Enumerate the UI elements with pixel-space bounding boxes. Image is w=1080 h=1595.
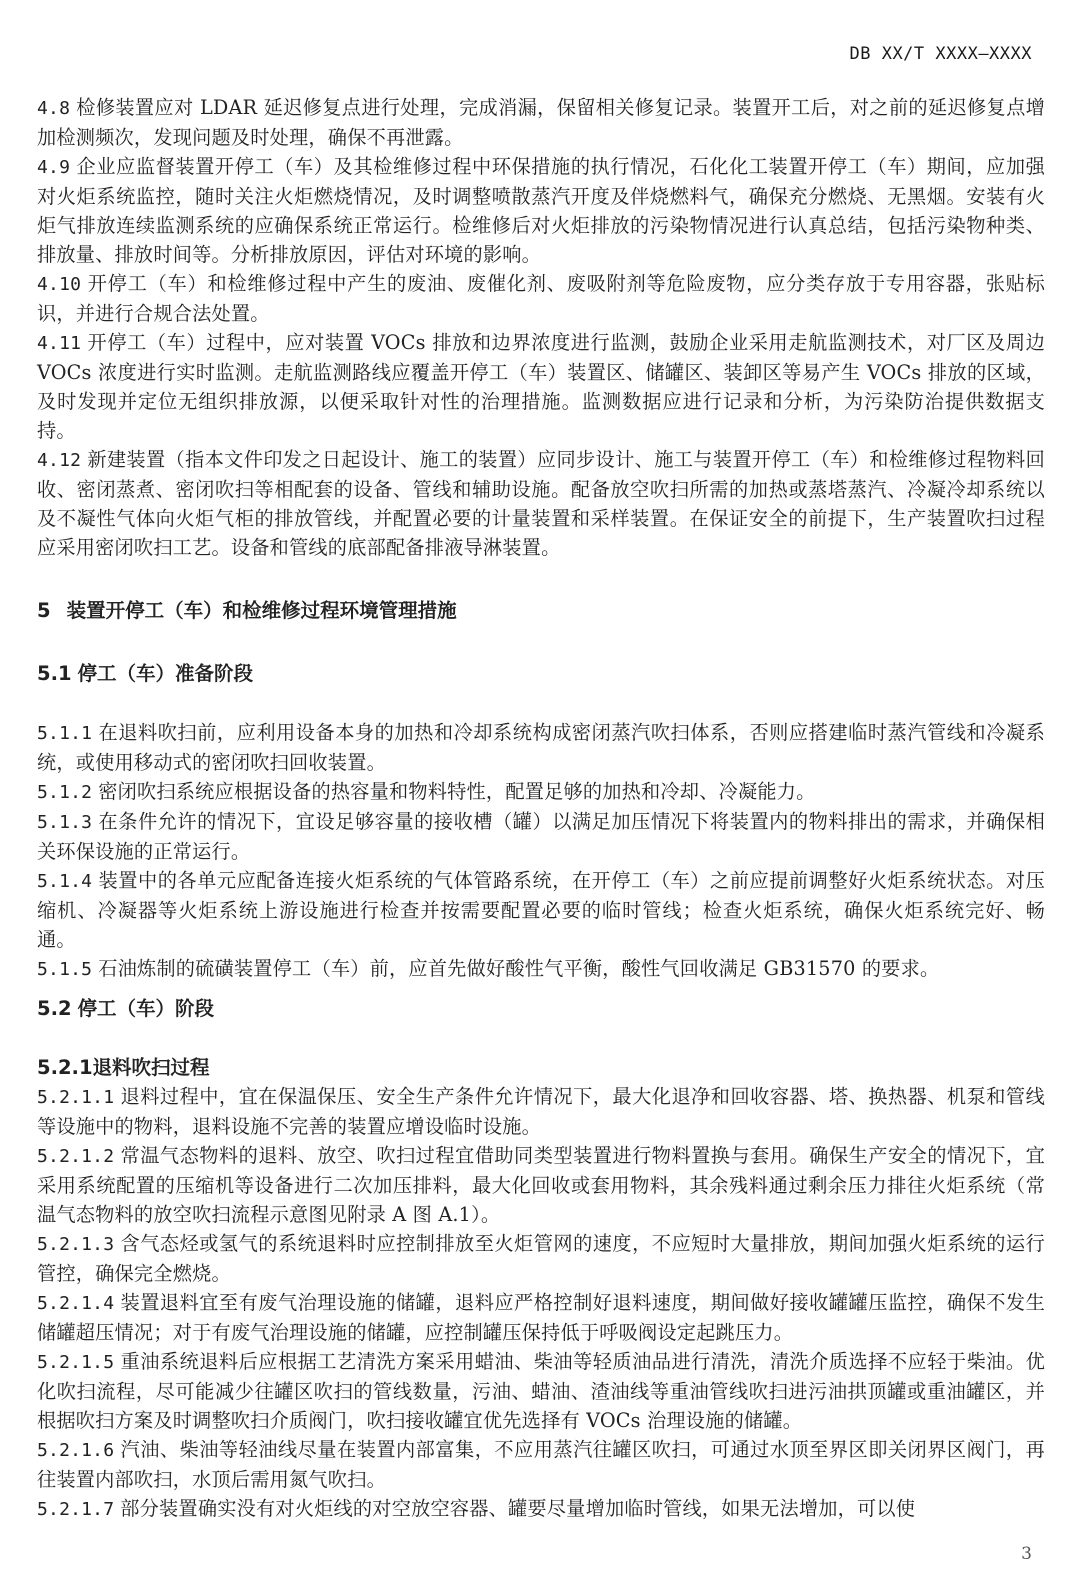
clause-4-8: 4.8检修装置应对 LDAR 延迟修复点进行处理，完成消漏，保留相关修复记录。装… [37,93,1045,152]
clause-5-2-1-6: 5.2.1.6汽油、柴油等轻油线尽量在装置内部富集，不应用蒸汽往罐区吹扫，可通过… [37,1435,1045,1494]
clause-text: 退料过程中，宜在保温保压、安全生产条件允许情况下，最大化退净和回收容器、塔、换热… [37,1085,1045,1138]
clause-number: 5.2.1.2 [37,1146,114,1167]
clause-5-1-4: 5.1.4装置中的各单元应配备连接火炬系统的气体管路系统，在开停工（车）之前应提… [37,866,1045,954]
clause-4-9: 4.9企业应监督装置开停工（车）及其检维修过程中环保措施的执行情况，石化化工装置… [37,152,1045,269]
spacer [37,625,1045,659]
clause-5-2-1-7: 5.2.1.7部分装置确实没有对火炬线的对空放空容器、罐要尽量增加临时管线，如果… [37,1494,1045,1524]
clause-number: 4.11 [37,333,81,354]
clause-number: 5.1.1 [37,723,92,744]
clause-5-1-3: 5.1.3在条件允许的情况下，宜设足够容量的接收槽（罐）以满足加压情况下将装置内… [37,807,1045,866]
clause-number: 5.2.1.1 [37,1087,114,1108]
clause-number: 5.2.1.3 [37,1234,114,1255]
clause-text: 在退料吹扫前，应利用设备本身的加热和冷却系统构成密闭蒸汽吹扫体系，否则应搭建临时… [37,721,1045,774]
section-5-heading: 5装置开停工（车）和检维修过程环境管理措施 [37,596,1045,625]
clause-text: 开停工（车）过程中，应对装置 VOCs 排放和边界浓度进行监测，鼓励企业采用走航… [37,331,1045,442]
section-number: 5.2 [37,997,72,1020]
clause-number: 5.1.2 [37,782,92,803]
clause-text: 汽油、柴油等轻油线尽量在装置内部富集，不应用蒸汽往罐区吹扫，可通过水顶至界区即关… [37,1438,1045,1491]
clause-5-2-1-4: 5.2.1.4装置退料宜至有废气治理设施的储罐，退料应严格控制好退料速度，期间做… [37,1288,1045,1347]
clause-text: 企业应监督装置开停工（车）及其检维修过程中环保措施的执行情况，石化化工装置开停工… [37,155,1045,266]
clause-5-2-1-1: 5.2.1.1退料过程中，宜在保温保压、安全生产条件允许情况下，最大化退净和回收… [37,1082,1045,1141]
section-number: 5 [37,599,51,622]
spacer [37,984,1045,994]
clause-text: 含气态烃或氢气的系统退料时应控制排放至火炬管网的速度，不应短时大量排放，期间加强… [37,1232,1045,1285]
spacer [37,1023,1045,1053]
clause-number: 5.2.1.5 [37,1352,114,1373]
clause-5-2-1-3: 5.2.1.3含气态烃或氢气的系统退料时应控制排放至火炬管网的速度，不应短时大量… [37,1229,1045,1288]
clause-number: 5.2.1.6 [37,1440,114,1461]
page-number: 3 [1021,1544,1032,1564]
clause-text: 装置退料宜至有废气治理设施的储罐，退料应严格控制好退料速度，期间做好接收罐罐压监… [37,1291,1045,1344]
document-code: DB XX/T XXXX—XXXX [850,44,1033,64]
clause-text: 石油炼制的硫磺装置停工（车）前，应首先做好酸性气平衡，酸性气回收满足 GB315… [98,957,939,980]
spacer [37,562,1045,596]
section-title: 停工（车）阶段 [78,997,215,1020]
clause-number: 5.2.1.4 [37,1293,114,1314]
clause-5-2-1-2: 5.2.1.2常温气态物料的退料、放空、吹扫过程宜借助同类型装置进行物料置换与套… [37,1141,1045,1229]
clause-text: 在条件允许的情况下，宜设足够容量的接收槽（罐）以满足加压情况下将装置内的物料排出… [37,810,1045,863]
section-5-1-heading: 5.1停工（车）准备阶段 [37,659,1045,688]
section-title: 退料吹扫过程 [93,1056,210,1079]
clause-text: 检修装置应对 LDAR 延迟修复点进行处理，完成消漏，保留相关修复记录。装置开工… [37,96,1045,149]
clause-number: 4.10 [37,274,81,295]
document-body: 4.8检修装置应对 LDAR 延迟修复点进行处理，完成消漏，保留相关修复记录。装… [37,93,1045,1524]
clause-4-12: 4.12新建装置（指本文件印发之日起设计、施工的装置）应同步设计、施工与装置开停… [37,445,1045,562]
section-number: 5.1 [37,662,72,685]
clause-5-2-1-5: 5.2.1.5重油系统退料后应根据工艺清洗方案采用蜡油、柴油等轻质油品进行清洗，… [37,1347,1045,1435]
clause-number: 4.12 [37,450,81,471]
spacer [37,688,1045,718]
clause-text: 开停工（车）和检维修过程中产生的废油、废催化剂、废吸附剂等危险废物，应分类存放于… [37,272,1045,325]
clause-4-10: 4.10开停工（车）和检维修过程中产生的废油、废催化剂、废吸附剂等危险废物，应分… [37,269,1045,328]
clause-text: 常温气态物料的退料、放空、吹扫过程宜借助同类型装置进行物料置换与套用。确保生产安… [37,1144,1045,1226]
clause-number: 5.1.3 [37,812,92,833]
section-title: 装置开停工（车）和检维修过程环境管理措施 [67,599,457,622]
clause-5-1-1: 5.1.1在退料吹扫前，应利用设备本身的加热和冷却系统构成密闭蒸汽吹扫体系，否则… [37,718,1045,777]
clause-number: 5.1.5 [37,959,92,980]
clause-5-1-2: 5.1.2密闭吹扫系统应根据设备的热容量和物料特性，配置足够的加热和冷却、冷凝能… [37,777,1045,807]
clause-number: 5.2.1.7 [37,1499,114,1520]
clause-text: 装置中的各单元应配备连接火炬系统的气体管路系统，在开停工（车）之前应提前调整好火… [37,869,1045,951]
clause-number: 4.8 [37,98,70,119]
section-5-2-1-heading: 5.2.1退料吹扫过程 [37,1053,1045,1082]
clause-4-11: 4.11开停工（车）过程中，应对装置 VOCs 排放和边界浓度进行监测，鼓励企业… [37,328,1045,445]
clause-number: 4.9 [37,157,70,178]
section-5-2-heading: 5.2停工（车）阶段 [37,994,1045,1023]
clause-number: 5.1.4 [37,871,92,892]
clause-text: 密闭吹扫系统应根据设备的热容量和物料特性，配置足够的加热和冷却、冷凝能力。 [98,780,815,803]
clause-text: 重油系统退料后应根据工艺清洗方案采用蜡油、柴油等轻质油品进行清洗，清洗介质选择不… [37,1350,1045,1432]
clause-text: 部分装置确实没有对火炬线的对空放空容器、罐要尽量增加临时管线，如果无法增加，可以… [120,1497,915,1520]
section-title: 停工（车）准备阶段 [78,662,254,685]
clause-5-1-5: 5.1.5石油炼制的硫磺装置停工（车）前，应首先做好酸性气平衡，酸性气回收满足 … [37,954,1045,984]
section-number: 5.2.1 [37,1056,93,1079]
clause-text: 新建装置（指本文件印发之日起设计、施工的装置）应同步设计、施工与装置开停工（车）… [37,448,1045,559]
